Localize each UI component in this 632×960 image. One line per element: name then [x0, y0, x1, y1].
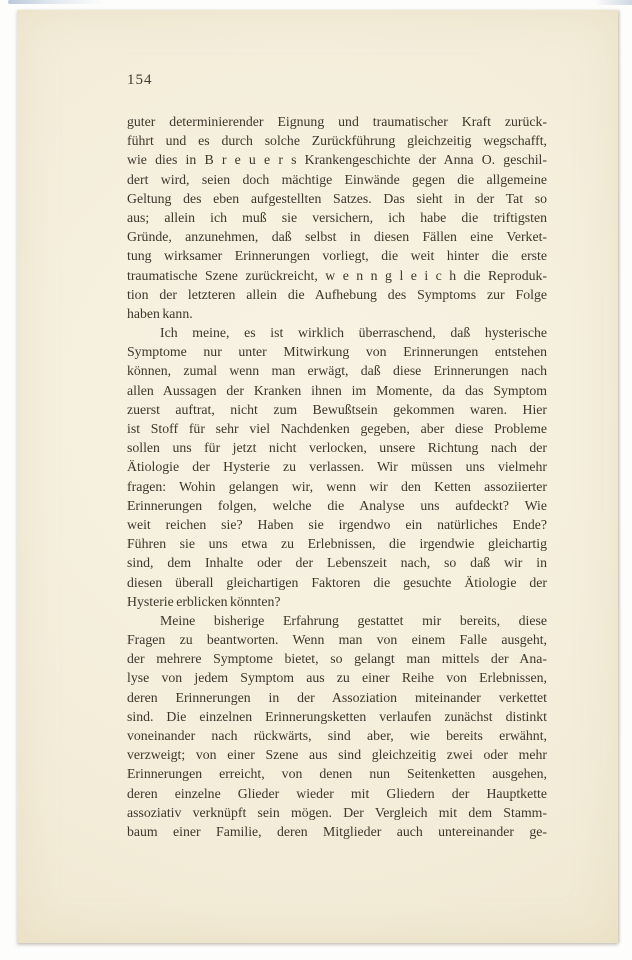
text-line: aus; allein ich muß sie versichern, ich … — [127, 208, 547, 227]
text-line: Gründe, anzunehmen, daß selbst in diesen… — [127, 227, 547, 246]
text-line: wie dies in B r e u e r s Krankengeschic… — [127, 150, 547, 169]
text-line: Fragen zu beantworten. Wenn man von eine… — [127, 630, 547, 649]
text-line: ist Stoff für sehr viel Nachdenken gegeb… — [127, 419, 547, 438]
text-line: Symptome nur unter Mitwirkung von Erinne… — [127, 342, 547, 361]
page-number: 154 — [127, 72, 153, 89]
text-line: Ätiologie der Hysterie zu verlassen. Wir… — [127, 457, 547, 476]
text-line: Führen sie uns etwa zu Erlebnissen, die … — [127, 534, 547, 553]
text-line: allen Aussagen der Kranken ihnen im Mome… — [127, 381, 547, 400]
text-line: dert wird, seien doch mächtige Einwände … — [127, 170, 547, 189]
text-line: voneinander nach rückwärts, sind aber, w… — [127, 726, 547, 745]
text-line: haben kann. — [127, 304, 547, 323]
text-line: weit reichen sie? Haben sie irgendwo ein… — [127, 515, 547, 534]
text-line: Erinnerungen erreicht, von denen nun Sei… — [127, 764, 547, 783]
scan-background: 154 guter determinierender Eignung und t… — [0, 0, 632, 960]
text-line: tung wirksamer Erinnerungen vorliegt, di… — [127, 246, 547, 265]
text-line: guter determinierender Eignung und traum… — [127, 112, 547, 131]
text-line: führt und es durch solche Zurückführung … — [127, 131, 547, 150]
text-line: sind, dem Inhalte oder der Lebenszeit na… — [127, 553, 547, 572]
text-line: Hysterie erblicken könnten? — [127, 592, 547, 611]
text-line: baum einer Familie, deren Mitglieder auc… — [127, 822, 547, 841]
text-line: können, zumal wenn man erwägt, daß diese… — [127, 361, 547, 380]
text-line: der mehrere Symptome bietet, so gelangt … — [127, 649, 547, 668]
text-line: fragen: Wohin gelangen wir, wenn wir den… — [127, 477, 547, 496]
scan-artifact-top-right — [594, 0, 632, 5]
text-line: lyse von jedem Symptom aus zu einer Reih… — [127, 668, 547, 687]
text-line: Erinnerungen folgen, welche die Analyse … — [127, 496, 547, 515]
text-line: assoziativ verknüpft sein mögen. Der Ver… — [127, 803, 547, 822]
scan-artifact-top-left — [8, 0, 104, 4]
book-page: 154 guter determinierender Eignung und t… — [17, 10, 618, 943]
text-block: guter determinierender Eignung und traum… — [127, 112, 547, 841]
text-line: tion der letzteren allein die Aufhebung … — [127, 285, 547, 304]
text-line: diesen überall gleichartigen Faktoren di… — [127, 573, 547, 592]
text-line: sollen uns für jetzt nicht verlocken, un… — [127, 438, 547, 457]
text-line: Meine bisherige Erfahrung gestattet mir … — [127, 611, 547, 630]
paragraph: Meine bisherige Erfahrung gestattet mir … — [127, 611, 547, 841]
text-line: deren Erinnerungen in der Assoziation mi… — [127, 688, 547, 707]
text-line: verzweigt; von einer Szene aus sind glei… — [127, 745, 547, 764]
paragraph: Ich meine, es ist wirklich überraschend,… — [127, 323, 547, 611]
text-line: Ich meine, es ist wirklich überraschend,… — [127, 323, 547, 342]
text-line: deren einzelne Glieder wieder mit Gliede… — [127, 784, 547, 803]
paragraph: guter determinierender Eignung und traum… — [127, 112, 547, 323]
text-line: sind. Die einzelnen Erinnerungsketten ve… — [127, 707, 547, 726]
text-line: zuerst auftrat, nicht zum Bewußtsein gek… — [127, 400, 547, 419]
text-line: traumatische Szene zurückreicht, w e n n… — [127, 266, 547, 285]
text-line: Geltung des eben aufgestellten Satzes. D… — [127, 189, 547, 208]
